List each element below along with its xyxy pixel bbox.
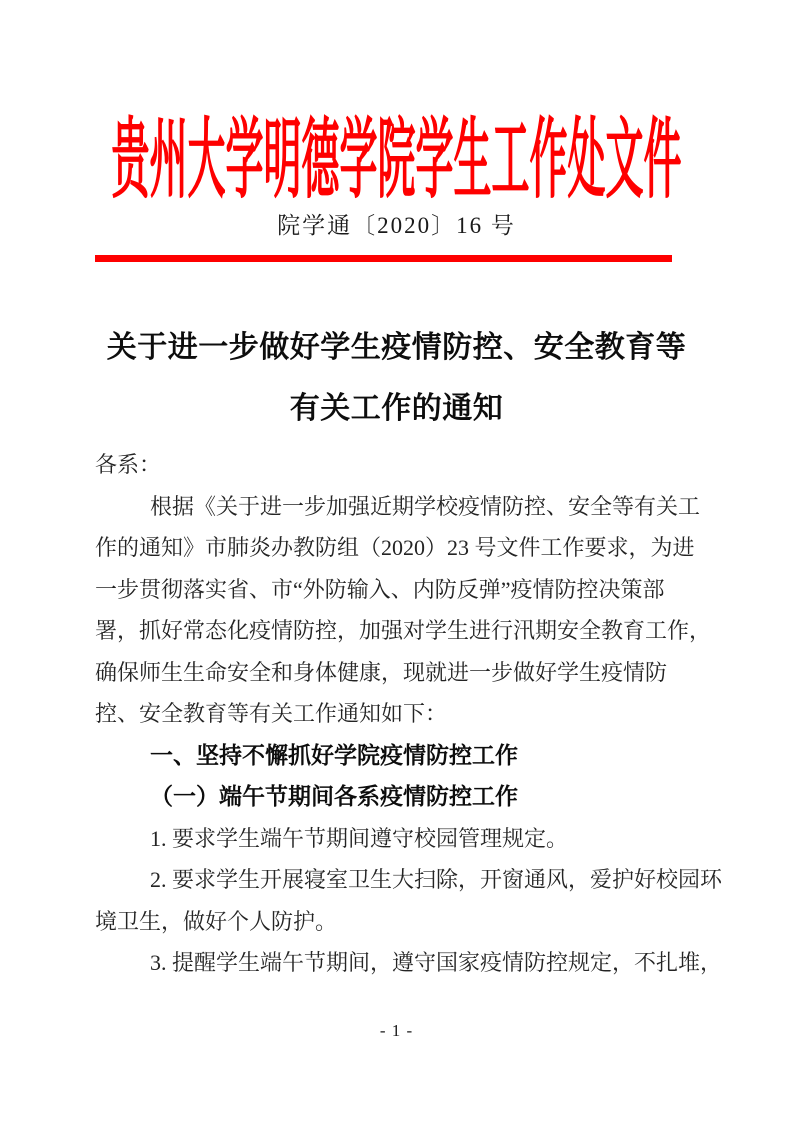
- body-line: 2. 要求学生开展寝室卫生大扫除，开窗通风，爱护好校园环: [95, 859, 707, 901]
- doc-number: 院学通〔2020〕16 号: [0, 211, 793, 241]
- body-line: 一步贯彻落实省、市“外防输入、内防反弹”疫情防控决策部: [95, 569, 707, 611]
- doc-title-line-2: 有关工作的通知: [0, 378, 793, 439]
- doc-title-line-1: 关于进一步做好学生疫情防控、安全教育等: [0, 317, 793, 378]
- body-line: 1. 要求学生端午节期间遵守校园管理规定。: [95, 818, 707, 860]
- document-page: 贵州大学明德学院学生工作处文件 院学通〔2020〕16 号 关于进一步做好学生疫…: [0, 0, 793, 1122]
- body-line: 作的通知》市肺炎办教防组（2020）23 号文件工作要求，为进: [95, 527, 707, 569]
- red-separator-rule: [95, 255, 672, 262]
- body-line: 署，抓好常态化疫情防控，加强对学生进行汛期安全教育工作，: [95, 610, 707, 652]
- body-line: 3. 提醒学生端午节期间，遵守国家疫情防控规定，不扎堆，: [95, 942, 707, 984]
- body-line: 各系：: [95, 444, 707, 486]
- agency-banner: 贵州大学明德学院学生工作处文件: [0, 118, 793, 205]
- body-lines: 各系：根据《关于进一步加强近期学校疫情防控、安全等有关工作的通知》市肺炎办教防组…: [95, 444, 707, 984]
- section-heading: （一）端午节期间各系疫情防控工作: [95, 776, 707, 818]
- body-line: 控、安全教育等有关工作通知如下：: [95, 693, 707, 735]
- body-line: 根据《关于进一步加强近期学校疫情防控、安全等有关工: [95, 486, 707, 528]
- body-line: 境卫生，做好个人防护。: [95, 901, 707, 943]
- doc-title: 关于进一步做好学生疫情防控、安全教育等 有关工作的通知: [0, 317, 793, 439]
- page-number: - 1 -: [0, 1020, 793, 1042]
- body-line: 确保师生生命安全和身体健康，现就进一步做好学生疫情防: [95, 652, 707, 694]
- section-heading: 一、坚持不懈抓好学院疫情防控工作: [95, 735, 707, 777]
